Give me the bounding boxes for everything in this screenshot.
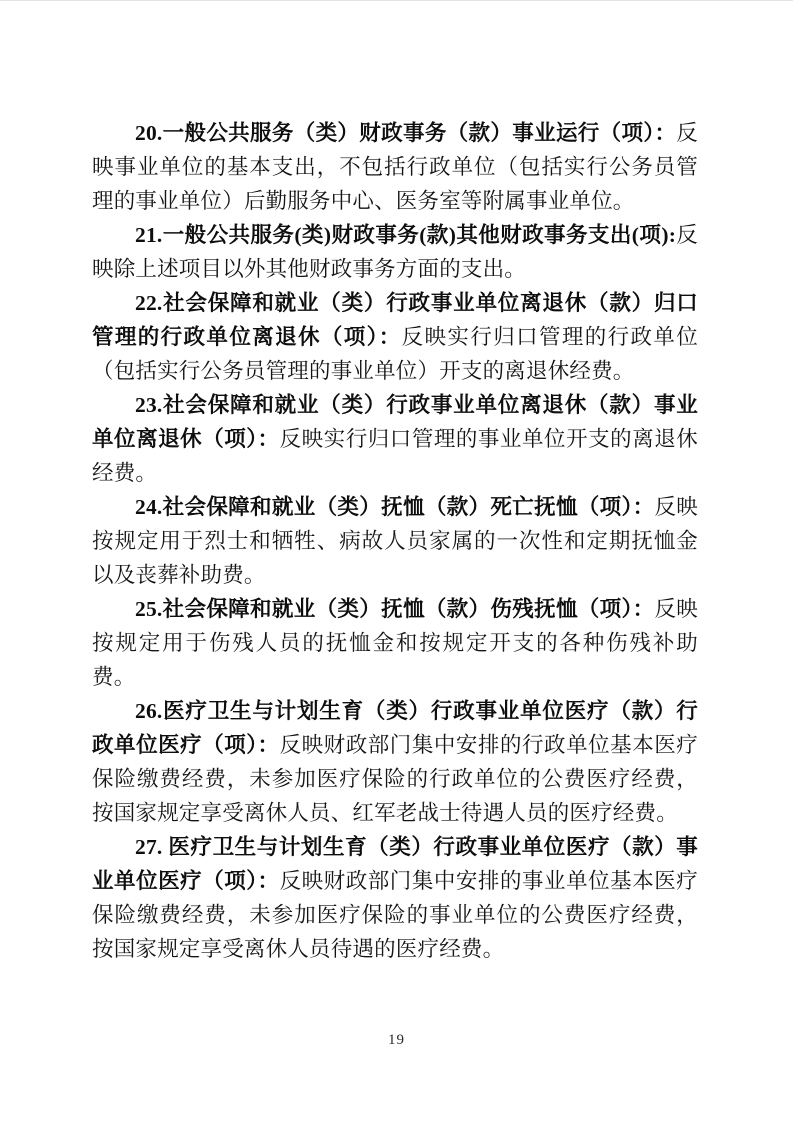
paragraph-item-25: 25.社会保障和就业（类）抚恤（款）伤残抚恤（项）：反映按规定用于伤残人员的抚恤… bbox=[92, 592, 698, 694]
paragraph-item-24: 24.社会保障和就业（类）抚恤（款）死亡抚恤（项）：反映按规定用于烈士和牺牲、病… bbox=[92, 490, 698, 592]
document-page: 20.一般公共服务（类）财政事务（款）事业运行（项）：反映事业单位的基本支出，不… bbox=[0, 0, 793, 1122]
paragraph-heading: 24.社会保障和就业（类）抚恤（款）死亡抚恤（项）： bbox=[135, 495, 654, 519]
paragraph-item-26: 26.医疗卫生与计划生育（类）行政事业单位医疗（款）行政单位医疗（项）：反映财政… bbox=[92, 694, 698, 830]
scan-edge-line bbox=[0, 0, 793, 1]
paragraph-item-20: 20.一般公共服务（类）财政事务（款）事业运行（项）：反映事业单位的基本支出，不… bbox=[92, 116, 698, 218]
paragraph-item-21: 21.一般公共服务(类)财政事务(款)其他财政事务支出(项):反映除上述项目以外… bbox=[92, 218, 698, 286]
paragraph-item-22: 22.社会保障和就业（类）行政事业单位离退休（款）归口管理的行政单位离退休（项）… bbox=[92, 286, 698, 388]
document-content: 20.一般公共服务（类）财政事务（款）事业运行（项）：反映事业单位的基本支出，不… bbox=[92, 116, 698, 966]
page-number: 19 bbox=[0, 1032, 793, 1049]
paragraph-heading: 25.社会保障和就业（类）抚恤（款）伤残抚恤（项）： bbox=[135, 597, 654, 621]
paragraph-item-27: 27. 医疗卫生与计划生育（类）行政事业单位医疗（款）事业单位医疗（项）：反映财… bbox=[92, 830, 698, 966]
paragraph-item-23: 23.社会保障和就业（类）行政事业单位离退休（款）事业单位离退休（项）：反映实行… bbox=[92, 388, 698, 490]
paragraph-heading: 20.一般公共服务（类）财政事务（款）事业运行（项）： bbox=[135, 121, 676, 145]
paragraph-heading: 21.一般公共服务(类)财政事务(款)其他财政事务支出(项): bbox=[135, 223, 676, 247]
